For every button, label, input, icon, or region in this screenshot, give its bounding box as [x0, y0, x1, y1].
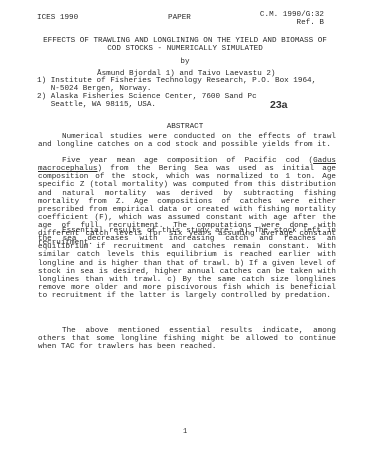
header-reference: C.M. 1990/G:32 Ref. B [252, 11, 324, 27]
header-conference: ICES 1990 [37, 14, 78, 22]
affiliation-1: 1) Institute of Fisheries Technology Res… [37, 77, 316, 85]
handwritten-stamp: 23a [270, 101, 288, 109]
paragraph-text: Five year mean age composition of Pacifi… [62, 157, 313, 165]
abstract-paragraph-3: Essential results of this study are: a) … [38, 227, 336, 300]
affiliation-2: 2) Alaska Fisheries Science Center, 7600… [37, 93, 257, 101]
page-number: 1 [183, 428, 187, 436]
affiliation-2-address: Seattle, WA 98115, USA. [37, 101, 156, 109]
abstract-paragraph-4: The above mentioned essential results in… [38, 327, 336, 351]
paper-title: EFFECTS OF TRAWLING AND LONGLINING ON TH… [37, 37, 333, 53]
header-paper-label: PAPER [168, 14, 191, 22]
title-line-1: EFFECTS OF TRAWLING AND LONGLINING ON TH… [43, 37, 327, 45]
abstract-heading: ABSTRACT [0, 123, 370, 131]
paragraph-text: The above mentioned essential results in… [38, 327, 336, 351]
abstract-paragraph-1: Numerical studies were conducted on the … [38, 133, 336, 149]
document-page: ICES 1990 PAPER C.M. 1990/G:32 Ref. B EF… [0, 0, 370, 465]
title-line-2: COD STOCKS - NUMERICALLY SIMULATED [107, 45, 263, 53]
ref-code: Ref. B [297, 19, 324, 27]
byline: by [0, 58, 370, 66]
paragraph-text: Essential results of this study are: a) … [38, 227, 336, 300]
paragraph-text: Numerical studies were conducted on the … [38, 133, 336, 149]
affiliation-1-address: N-5024 Bergen, Norway. [37, 85, 151, 93]
cm-code: C.M. 1990/G:32 [260, 11, 324, 19]
